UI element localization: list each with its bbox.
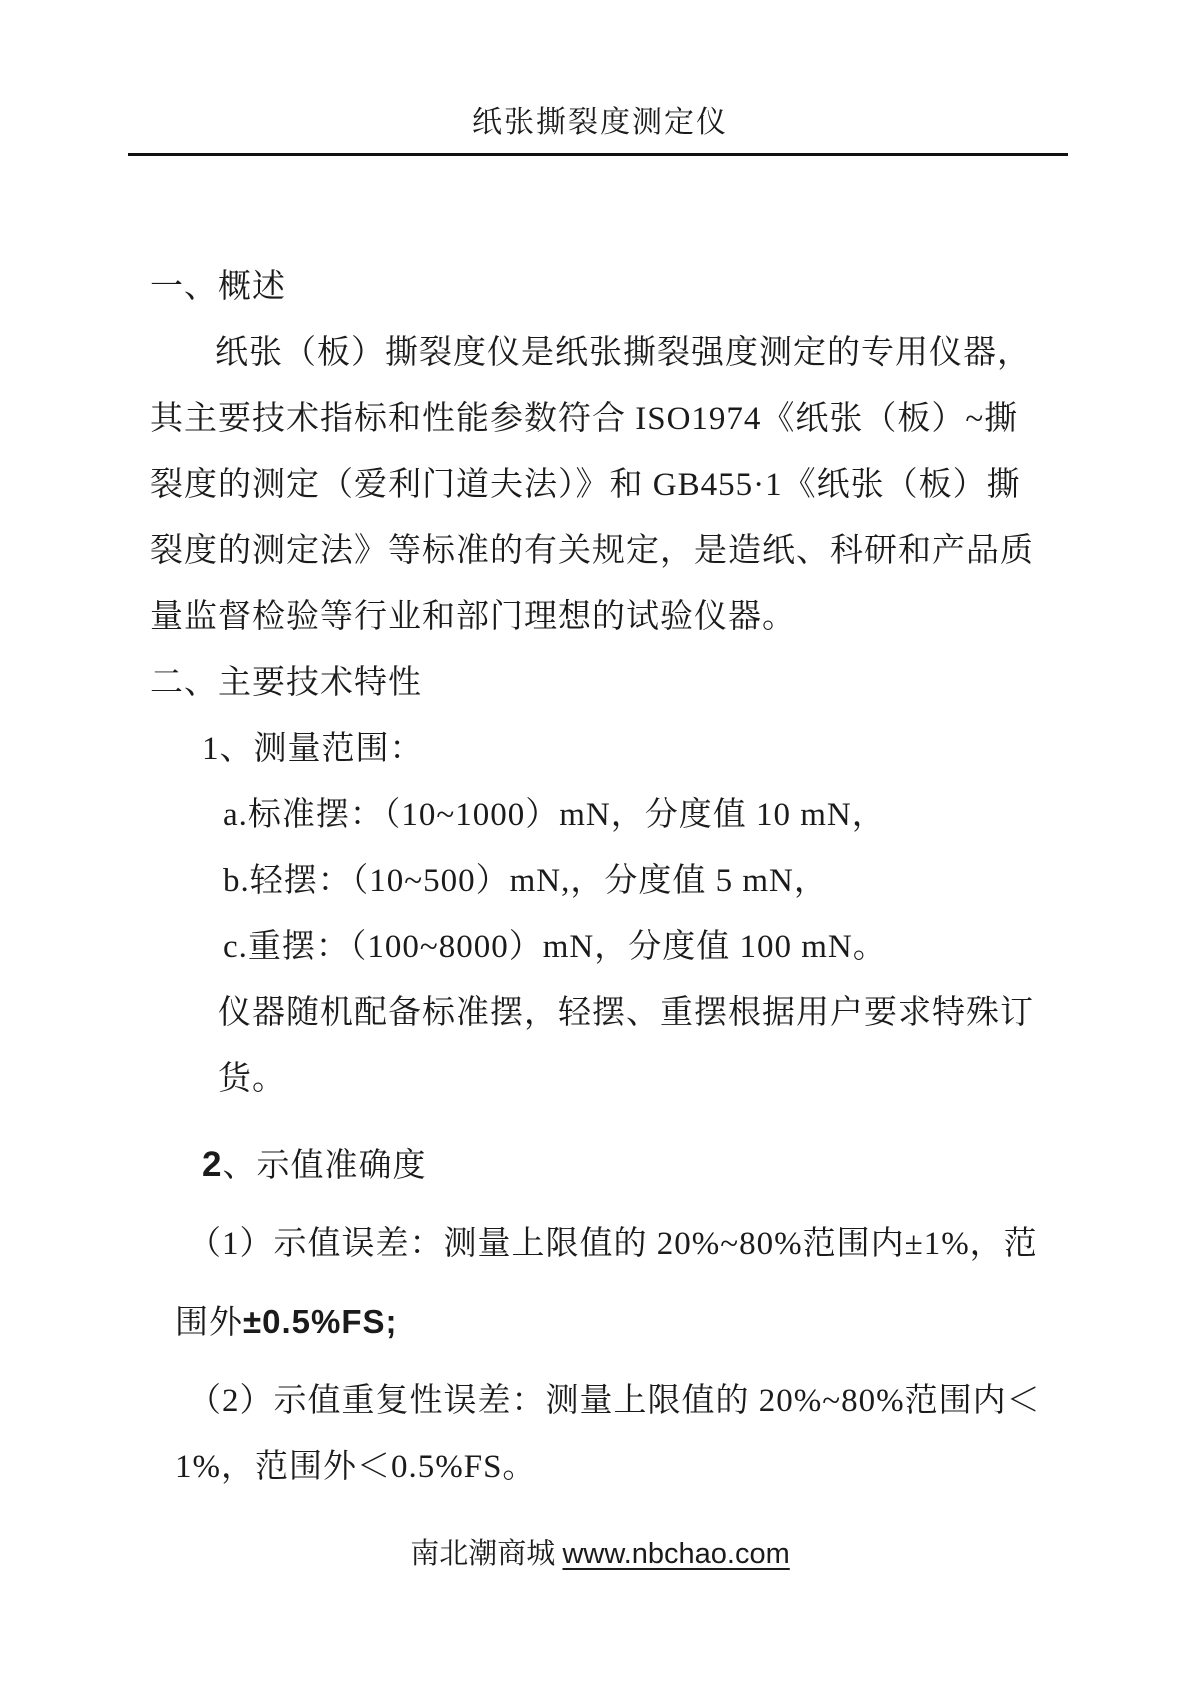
- overview-paragraph-line: 量监督检验等行业和部门理想的试验仪器。: [150, 584, 1045, 650]
- document-body: 一、概述 纸张（板）撕裂度仪是纸张撕裂强度测定的专用仪器， 其主要技术指标和性能…: [150, 254, 1045, 1500]
- overview-paragraph-line: 其主要技术指标和性能参数符合 ISO1974《纸张（板）~撕: [150, 386, 1045, 452]
- overview-paragraph-line: 裂度的测定（爱利门道夫法）》和 GB455·1《纸张（板）撕: [150, 452, 1045, 518]
- range-item-light-pendulum: b.轻摆：（10~500）mN,，分度值 5 mN，: [223, 848, 1045, 914]
- heading-technical-features: 二、主要技术特性: [150, 650, 1045, 716]
- accuracy-number: 2: [202, 1145, 222, 1184]
- accuracy-error-line: （1）示值误差：测量上限值的 20%~80%范围内±1%，范: [188, 1205, 1045, 1283]
- range-note-line: 货。: [218, 1046, 1045, 1112]
- overview-paragraph-line: 裂度的测定法》等标准的有关规定，是造纸、科研和产品质: [150, 518, 1045, 584]
- document-page: 纸张撕裂度测定仪 一、概述 纸张（板）撕裂度仪是纸张撕裂强度测定的专用仪器， 其…: [0, 0, 1200, 1702]
- header-rule: [128, 153, 1068, 156]
- repeatability-error-line: 1%，范围外＜0.5%FS。: [175, 1434, 1045, 1500]
- range-item-heavy-pendulum: c.重摆：（100~8000）mN，分度值 100 mN。: [223, 914, 1045, 980]
- footer-site-link[interactable]: www.nbchao.com: [562, 1538, 789, 1570]
- overview-paragraph-line: 纸张（板）撕裂度仪是纸张撕裂强度测定的专用仪器，: [215, 320, 1045, 386]
- error-value-bold: ±0.5%FS;: [243, 1303, 398, 1340]
- range-note-line: 仪器随机配备标准摆，轻摆、重摆根据用户要求特殊订: [218, 980, 1045, 1046]
- subheading-measure-range: 1、测量范围：: [202, 716, 1045, 782]
- accuracy-title: 、示值准确度: [222, 1148, 426, 1184]
- heading-overview: 一、概述: [150, 254, 1045, 320]
- page-footer: 南北潮商城 www.nbchao.com: [0, 1532, 1200, 1576]
- accuracy-error-line: 围外±0.5%FS;: [175, 1283, 1045, 1362]
- page-header: 纸张撕裂度测定仪: [0, 100, 1200, 146]
- footer-site-name: 南北潮商城: [410, 1538, 555, 1570]
- repeatability-error-line: （2）示值重复性误差：测量上限值的 20%~80%范围内＜: [188, 1362, 1045, 1440]
- subheading-accuracy: 2、示值准确度: [202, 1126, 1045, 1205]
- error-line-prefix: 围外: [175, 1305, 243, 1341]
- range-item-standard-pendulum: a.标准摆：（10~1000）mN，分度值 10 mN，: [223, 782, 1045, 848]
- header-title: 纸张撕裂度测定仪: [0, 100, 1200, 146]
